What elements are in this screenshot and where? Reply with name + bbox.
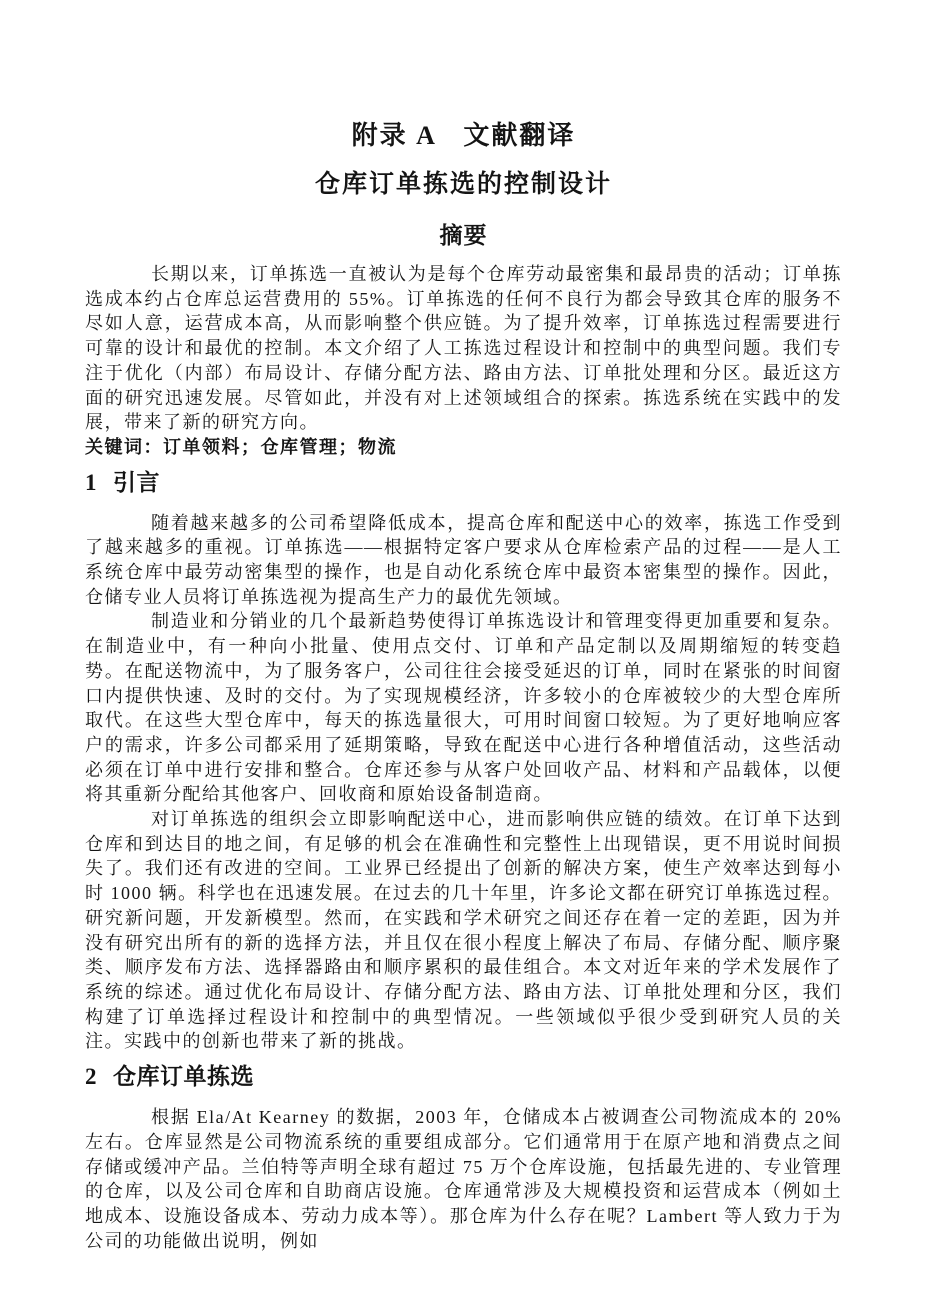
appendix-title: 附录 A 文献翻译 bbox=[85, 121, 842, 151]
section-2-number: 2 bbox=[85, 1063, 97, 1090]
abstract-heading: 摘要 bbox=[85, 222, 842, 249]
section-1-paragraph-3: 对订单拣选的组织会立即影响配送中心，进而影响供应链的绩效。在订单下达到仓库和到达… bbox=[85, 807, 842, 1054]
paper-title: 仓库订单拣选的控制设计 bbox=[85, 170, 842, 200]
section-1-paragraph-1: 随着越来越多的公司希望降低成本，提高仓库和配送中心的效率，拣选工作受到了越来越多… bbox=[85, 511, 842, 610]
abstract-paragraph: 长期以来，订单拣选一直被认为是每个仓库劳动最密集和最昂贵的活动；订单拣选成本约占… bbox=[85, 262, 842, 435]
section-1-title: 引言 bbox=[113, 470, 160, 495]
section-2-heading: 2仓库订单拣选 bbox=[85, 1063, 842, 1090]
section-2-title: 仓库订单拣选 bbox=[113, 1064, 254, 1089]
section-1-paragraph-2: 制造业和分销业的几个最新趋势使得订单拣选设计和管理变得更加重要和复杂。在制造业中… bbox=[85, 609, 842, 807]
document-page: 附录 A 文献翻译 仓库订单拣选的控制设计 摘要 长期以来，订单拣选一直被认为是… bbox=[0, 0, 926, 1309]
keywords-line: 关键词：订单领料；仓库管理；物流 bbox=[85, 435, 842, 460]
section-2-paragraph-1: 根据 Ela/At Kearney 的数据，2003 年，仓储成本占被调查公司物… bbox=[85, 1105, 842, 1253]
section-1-heading: 1引言 bbox=[85, 469, 842, 496]
section-1-number: 1 bbox=[85, 469, 97, 496]
